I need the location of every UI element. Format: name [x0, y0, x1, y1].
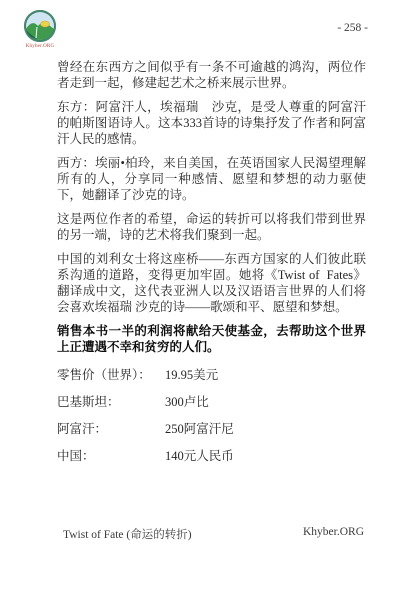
- paragraph-east-author: 东方：阿富汗人，埃福瑞 沙克，是受人尊重的阿富汗的帕斯图语诗人。这本333首诗的…: [57, 99, 366, 147]
- page-number: - 258 -: [337, 22, 368, 34]
- price-value: 19.95美元: [165, 367, 366, 383]
- document-body: 曾经在东西方之间似乎有一条不可逾越的鸿沟，两位作者走到一起，修建起艺术之桥来展示…: [57, 59, 366, 475]
- globe-logo-icon: [23, 9, 57, 43]
- price-value: 250阿富汗尼: [165, 421, 366, 437]
- price-label: 零售价（世界）：: [57, 367, 165, 383]
- price-value: 140元人民币: [165, 448, 366, 464]
- logo-caption: Khyber.ORG: [18, 44, 62, 50]
- price-label: 阿富汗：: [57, 421, 165, 437]
- price-row-china: 中国： 140元人民币: [57, 448, 366, 464]
- price-row-afghanistan: 阿富汗： 250阿富汗尼: [57, 421, 366, 437]
- footer-book-title: Twist of Fate (命运的转折): [63, 526, 192, 542]
- price-row-pakistan: 巴基斯坦： 300卢比: [57, 394, 366, 410]
- price-label: 巴基斯坦：: [57, 394, 165, 410]
- footer-site-name: Khyber.ORG: [303, 526, 364, 542]
- paragraph-charity-note: 销售本书一半的利润将献给天使基金，去帮助这个世界上正遭遇不幸和贫穷的人们。: [57, 323, 366, 355]
- price-value: 300卢比: [165, 394, 366, 410]
- paragraph-west-author: 西方：埃丽•柏玲，来自美国，在英语国家人民渴望理解所有的人，分享同一种感情、愿望…: [57, 155, 366, 203]
- paragraph-chinese-translation: 中国的刘利女士将这座桥——东西方国家的人们彼此联系沟通的道路，变得更加牢固。她将…: [57, 251, 366, 315]
- price-label: 中国：: [57, 448, 165, 464]
- price-row-world: 零售价（世界）： 19.95美元: [57, 367, 366, 383]
- price-list: 零售价（世界）： 19.95美元 巴基斯坦： 300卢比 阿富汗： 250阿富汗…: [57, 367, 366, 464]
- paragraph-bridge-intro: 曾经在东西方之间似乎有一条不可逾越的鸿沟，两位作者走到一起，修建起艺术之桥来展示…: [57, 59, 366, 91]
- document-page: Khyber.ORG - 258 - 曾经在东西方之间似乎有一条不可逾越的鸿沟，…: [0, 0, 420, 594]
- page-footer: Twist of Fate (命运的转折) Khyber.ORG: [0, 526, 420, 542]
- khyber-logo: Khyber.ORG: [18, 9, 62, 50]
- paragraph-authors-hope: 这是两位作者的希望，命运的转折可以将我们带到世界的另一端，诗的艺术将我们聚到一起…: [57, 211, 366, 243]
